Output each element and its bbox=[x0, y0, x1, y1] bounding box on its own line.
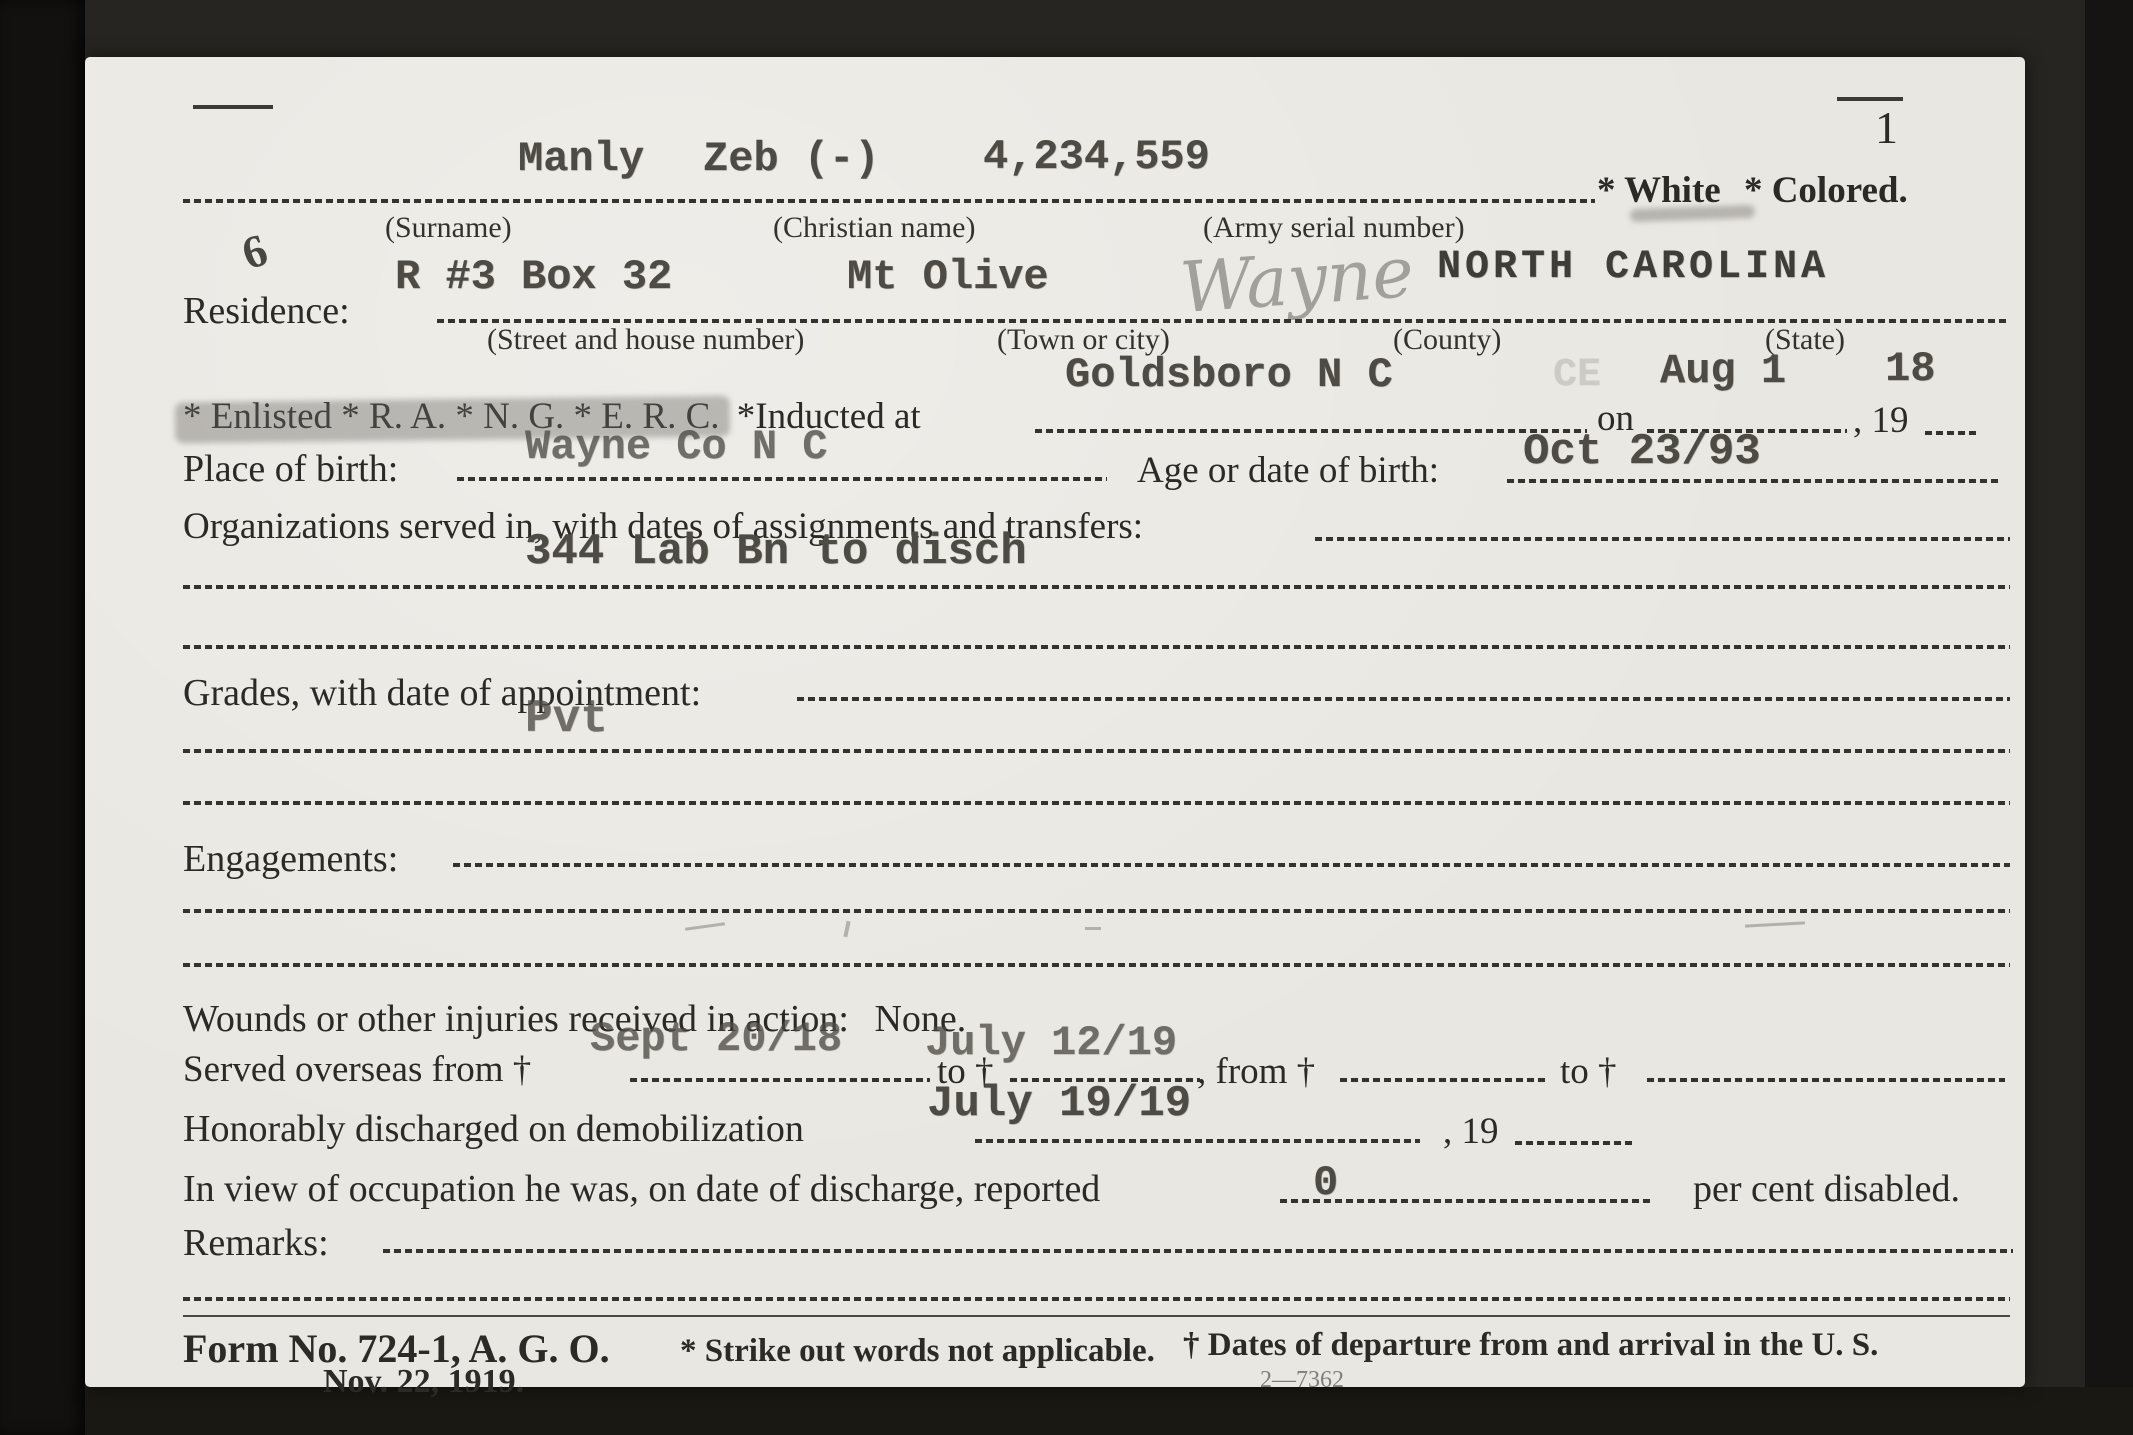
pencil-scratch bbox=[685, 922, 725, 931]
surname-label: (Surname) bbox=[385, 211, 512, 245]
overseas-rule-3 bbox=[1340, 1078, 1545, 1082]
christian-name-value: Zeb (-) bbox=[703, 135, 879, 183]
organizations-rule-1 bbox=[1315, 537, 2010, 541]
overseas-from-value: Sept 20/18 bbox=[590, 1015, 842, 1063]
organizations-rule-3 bbox=[183, 645, 2010, 649]
top-left-rule bbox=[193, 105, 273, 109]
discharge-label: Honorably discharged on demobilization bbox=[183, 1107, 804, 1151]
ink-mark: 6 bbox=[235, 223, 273, 281]
inducted-year-rule bbox=[1925, 431, 1980, 435]
footnote-dagger: † Dates of departure from and arrival in… bbox=[1183, 1327, 1878, 1364]
inducted-place-rule bbox=[1035, 429, 1587, 433]
birth-place-rule bbox=[457, 477, 1107, 481]
disability-label-pre: In view of occupation he was, on date of… bbox=[183, 1167, 1100, 1211]
birth-date-value: Oct 23/93 bbox=[1523, 427, 1761, 477]
residence-state-value: NORTH CAROLINA bbox=[1437, 245, 1829, 290]
disability-rule bbox=[1280, 1199, 1650, 1203]
footer-solid-rule bbox=[183, 1315, 2010, 1317]
residence-town-value: Mt Olive bbox=[847, 253, 1049, 301]
wounds-row: Wounds or other injuries received in act… bbox=[183, 997, 966, 1041]
scan-border-left bbox=[0, 0, 85, 1435]
footnote-strike: * Strike out words not applicable. bbox=[680, 1333, 1155, 1370]
grades-rule-3 bbox=[183, 801, 2010, 805]
grades-value: Pvt bbox=[525, 693, 608, 745]
name-rule bbox=[183, 199, 1595, 203]
service-record-card: 1 Manly Zeb (-) 4,234,559 * White * Colo… bbox=[85, 57, 2025, 1387]
residence-label: Residence: bbox=[183, 289, 350, 333]
engagements-label: Engagements: bbox=[183, 837, 398, 881]
surname-value: Manly bbox=[518, 135, 644, 183]
birth-date-label: Age or date of birth: bbox=[1137, 449, 1439, 492]
residence-county-handwritten: Wayne bbox=[1177, 231, 1416, 329]
overseas-from-label-2: , from † bbox=[1197, 1050, 1315, 1093]
disability-label-post: per cent disabled. bbox=[1693, 1167, 1960, 1211]
page-number: 1 bbox=[1875, 101, 1898, 154]
engagements-rule-2 bbox=[183, 909, 2010, 913]
overseas-label: Served overseas from † bbox=[183, 1048, 531, 1091]
discharge-rule-2 bbox=[1515, 1141, 1635, 1145]
remarks-rule bbox=[383, 1249, 2013, 1253]
overseas-rule-4 bbox=[1647, 1078, 2005, 1082]
footer-dotted-rule bbox=[183, 1297, 2010, 1301]
inducted-date-value: Aug 1 bbox=[1660, 347, 1786, 395]
scan-border-right bbox=[2085, 0, 2133, 1435]
grades-rule-1 bbox=[797, 697, 2010, 701]
organizations-rule-2 bbox=[183, 585, 2010, 589]
birth-place-value: Wayne Co N C bbox=[525, 423, 827, 471]
discharge-year-label: , 19 bbox=[1443, 1110, 1499, 1153]
inducted-place-value: Goldsboro N C bbox=[1065, 351, 1393, 399]
discharge-date-value: July 19/19 bbox=[927, 1079, 1191, 1129]
residence-street-value: R #3 Box 32 bbox=[395, 253, 672, 301]
grades-label: Grades, with date of appointment: bbox=[183, 671, 701, 715]
pencil-scratch bbox=[1085, 927, 1101, 930]
organizations-value: 344 Lab Bn to disch bbox=[525, 527, 1027, 577]
inducted-year-value: 18 bbox=[1885, 345, 1935, 393]
christian-name-label: (Christian name) bbox=[773, 211, 975, 245]
overseas-rule-1 bbox=[630, 1078, 930, 1082]
scanned-page: 1 Manly Zeb (-) 4,234,559 * White * Colo… bbox=[0, 0, 2133, 1435]
pencil-scratch bbox=[843, 921, 850, 937]
engagements-rule-3 bbox=[183, 963, 2010, 967]
serial-number-value: 4,234,559 bbox=[983, 133, 1210, 181]
street-label: (Street and house number) bbox=[487, 323, 804, 357]
engagements-rule-1 bbox=[453, 863, 2010, 867]
county-label: (County) bbox=[1393, 323, 1501, 357]
race-colored-label: * Colored. bbox=[1744, 170, 1908, 211]
pencil-scratch bbox=[1745, 921, 1805, 927]
grades-rule-2 bbox=[183, 749, 2010, 753]
ghost-stamp: CE bbox=[1553, 353, 1601, 398]
birth-place-label: Place of birth: bbox=[183, 447, 398, 491]
year-19-label: , 19 bbox=[1853, 399, 1909, 442]
discharge-rule-1 bbox=[975, 1139, 1420, 1143]
print-code: 2—7362 bbox=[1260, 1367, 1344, 1394]
race-white-label: * White bbox=[1597, 170, 1721, 211]
form-date: Nov. 22, 1919. bbox=[323, 1363, 524, 1401]
remarks-label: Remarks: bbox=[183, 1221, 329, 1265]
birth-date-rule bbox=[1507, 479, 2002, 483]
overseas-to-label-2: to † bbox=[1560, 1050, 1617, 1093]
